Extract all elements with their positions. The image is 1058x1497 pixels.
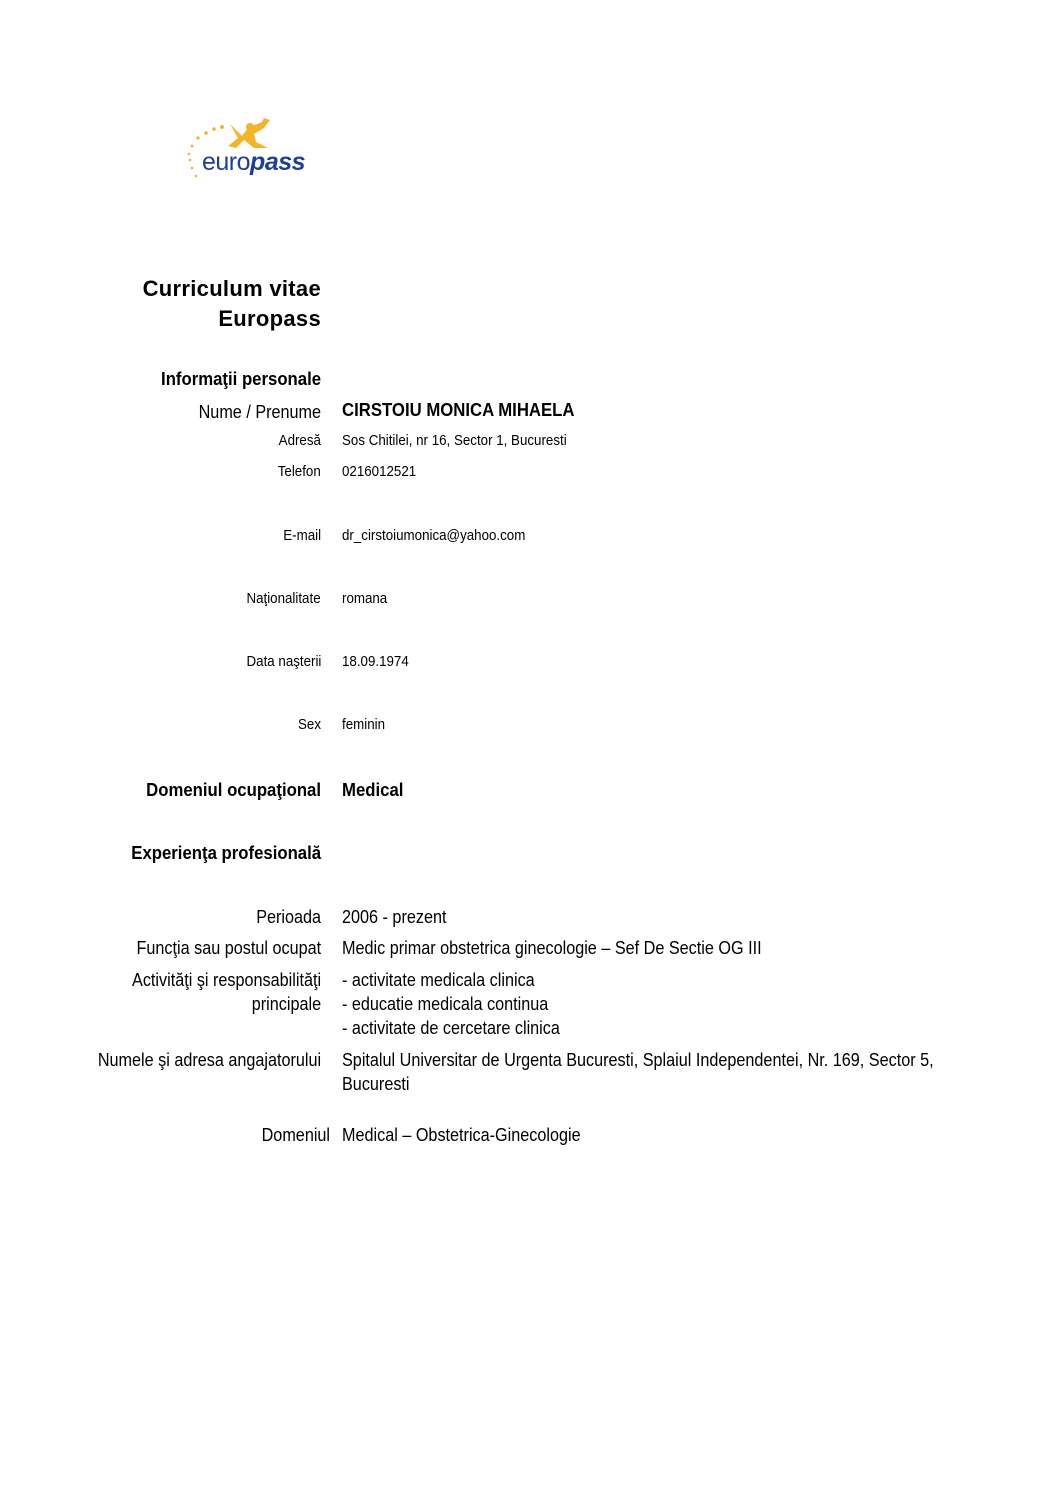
section-heading: Domeniul ocupaţional (146, 780, 321, 801)
field-label: Naţionalitate (247, 591, 321, 607)
field-label: Adresă (279, 433, 321, 449)
list-item: - activitate de cercetare clinica (342, 1016, 560, 1040)
occupation-value: Medical (342, 780, 403, 801)
field-label: Nume / Prenume (199, 400, 321, 424)
activities-list: - activitate medicala clinica - educatie… (342, 968, 560, 1040)
field-value: romana (342, 591, 387, 607)
label-line: Activităţi şi responsabilităţi (132, 968, 321, 992)
list-item: - activitate medicala clinica (342, 968, 560, 992)
field-value: Spitalul Universitar de Urgenta Bucurest… (342, 1048, 934, 1096)
section-heading: Experienţa profesională (131, 843, 321, 864)
value-line: Bucuresti (342, 1072, 934, 1096)
europass-logo: europass (184, 118, 304, 186)
title-line-1: Curriculum vitae (143, 274, 321, 304)
field-value: feminin (342, 717, 385, 733)
field-label: Perioada (256, 905, 321, 929)
field-label: Data naşterii (246, 654, 321, 670)
field-label: Domeniul (262, 1123, 330, 1147)
field-label: Funcţia sau postul ocupat (136, 936, 321, 960)
email-link[interactable]: dr_cirstoiumonica@yahoo.com (342, 528, 525, 544)
value-line: Spitalul Universitar de Urgenta Bucurest… (342, 1048, 934, 1072)
label-line: principale (132, 992, 321, 1016)
field-value: 0216012521 (342, 464, 416, 480)
europass-wordmark: europass (202, 148, 305, 177)
field-value: Medical – Obstetrica-Ginecologie (342, 1123, 581, 1147)
field-value: Sos Chitilei, nr 16, Sector 1, Bucuresti (342, 433, 567, 449)
stars-icon (184, 156, 204, 186)
title-line-2: Europass (143, 304, 321, 334)
field-value: Medic primar obstetrica ginecologie – Se… (342, 936, 762, 960)
list-item: - educatie medicala continua (342, 992, 560, 1016)
section-heading: Informaţii personale (161, 369, 321, 390)
field-label: Activităţi şi responsabilităţi principal… (132, 968, 321, 1016)
full-name: CIRSTOIU MONICA MIHAELA (342, 400, 575, 421)
field-label: Telefon (278, 464, 321, 480)
document-title: Curriculum vitae Europass (143, 274, 321, 334)
field-value: 2006 - prezent (342, 905, 446, 929)
field-label: Numele şi adresa angajatorului (98, 1048, 321, 1072)
field-value: 18.09.1974 (342, 654, 409, 670)
field-label: E-mail (283, 528, 321, 544)
field-label: Sex (298, 717, 321, 733)
